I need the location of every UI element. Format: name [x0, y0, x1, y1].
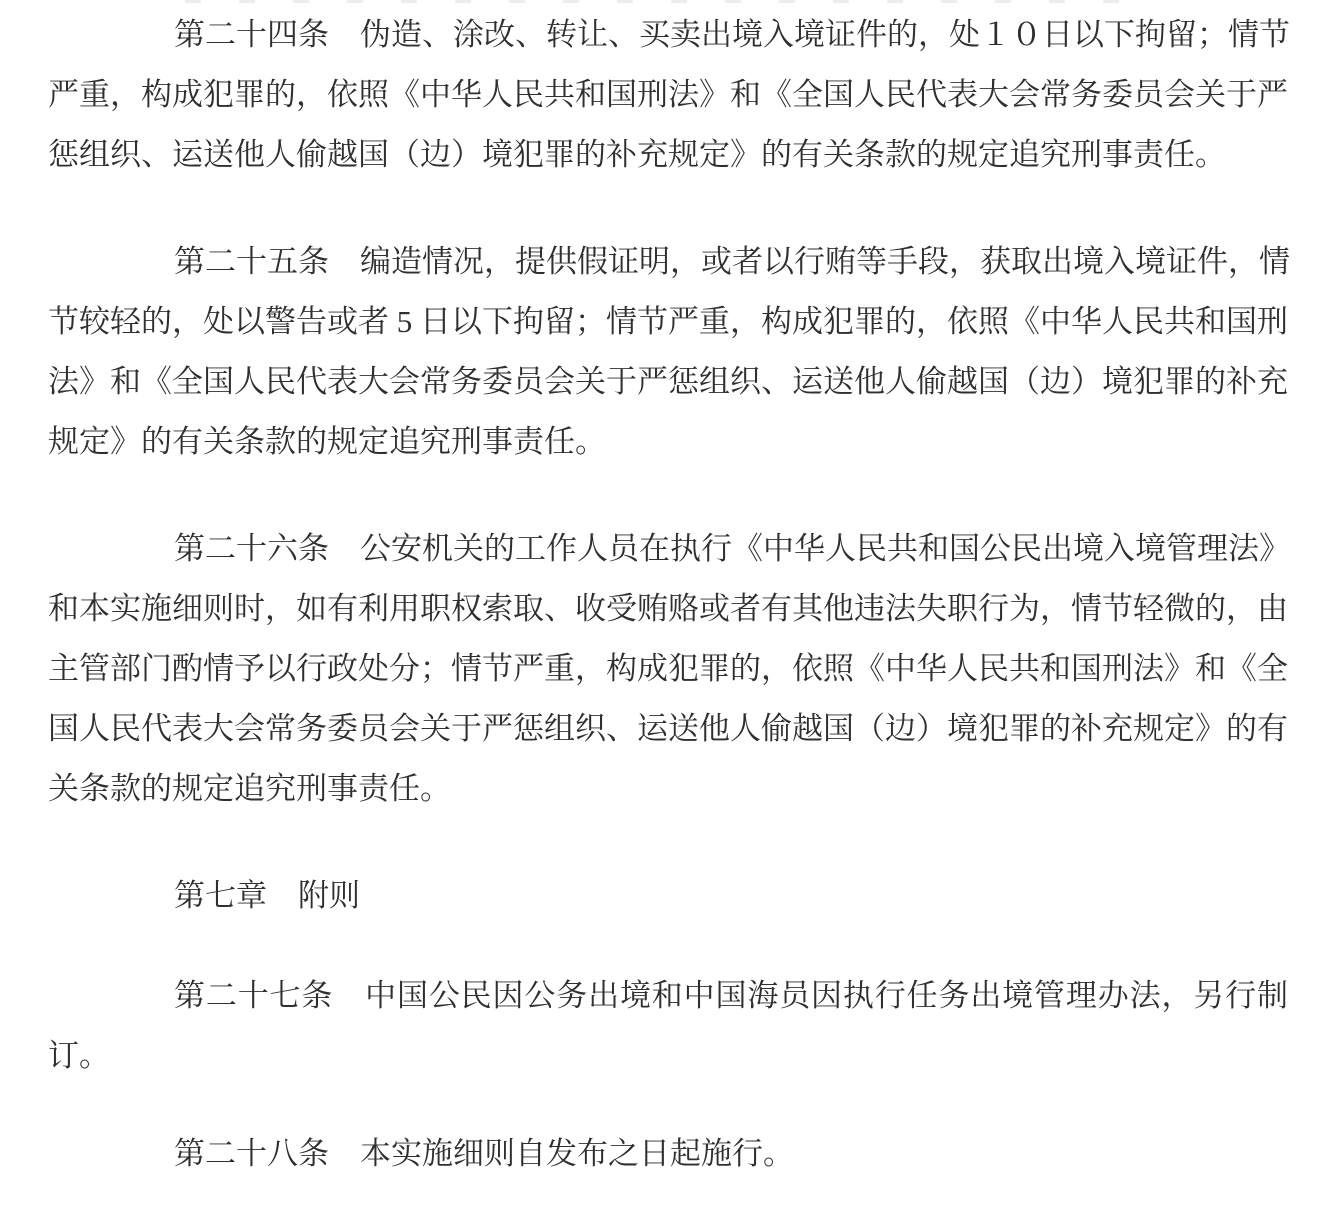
paragraph-article-25: 第二十五条 编造情况，提供假证明，或者以行贿等手段，获取出境入境证件，情节较轻的…	[48, 232, 1288, 472]
text-line: 国人民代表大会常务委员会关于严惩组织、运送他人偷越国（边）境犯罪的补充规定》的有	[48, 699, 1288, 759]
text-line: 法》和《全国人民代表大会常务委员会关于严惩组织、运送他人偷越国（边）境犯罪的补充	[48, 352, 1288, 412]
text-line: 第二十四条 伪造、涂改、转让、买卖出境入境证件的，处１０日以下拘留；情节	[48, 5, 1288, 65]
cropped-previous-line-remnant	[185, 0, 1140, 3]
document-body: 第二十四条 伪造、涂改、转让、买卖出境入境证件的，处１０日以下拘留；情节严重，构…	[48, 5, 1288, 1184]
paragraph-chapter-7-heading: 第七章 附则	[48, 866, 1288, 926]
text-line: 惩组织、运送他人偷越国（边）境犯罪的补充规定》的有关条款的规定追究刑事责任。	[48, 125, 1288, 185]
text-line: 主管部门酌情予以行政处分；情节严重，构成犯罪的，依照《中华人民共和国刑法》和《全	[48, 639, 1288, 699]
text-line: 节较轻的，处以警告或者 5 日以下拘留；情节严重，构成犯罪的，依照《中华人民共和…	[48, 292, 1288, 352]
text-line: 第二十八条 本实施细则自发布之日起施行。	[48, 1124, 1288, 1184]
paragraph-article-26: 第二十六条 公安机关的工作人员在执行《中华人民共和国公民出境入境管理法》和本实施…	[48, 519, 1288, 819]
paragraph-article-24: 第二十四条 伪造、涂改、转让、买卖出境入境证件的，处１０日以下拘留；情节严重，构…	[48, 5, 1288, 185]
text-line: 第二十七条 中国公民因公务出境和中国海员因执行任务出境管理办法，另行制	[48, 966, 1288, 1026]
text-line: 和本实施细则时，如有利用职权索取、收受贿赂或者有其他违法失职行为，情节轻微的，由	[48, 579, 1288, 639]
text-line: 订。	[48, 1026, 1288, 1086]
text-line: 规定》的有关条款的规定追究刑事责任。	[48, 412, 1288, 472]
text-line: 第二十五条 编造情况，提供假证明，或者以行贿等手段，获取出境入境证件，情	[48, 232, 1288, 292]
text-line: 第二十六条 公安机关的工作人员在执行《中华人民共和国公民出境入境管理法》	[48, 519, 1288, 579]
text-line: 关条款的规定追究刑事责任。	[48, 759, 1288, 819]
text-line: 第七章 附则	[48, 866, 1288, 926]
paragraph-article-28: 第二十八条 本实施细则自发布之日起施行。	[48, 1124, 1288, 1184]
document-page: 第二十四条 伪造、涂改、转让、买卖出境入境证件的，处１０日以下拘留；情节严重，构…	[0, 0, 1328, 1209]
paragraph-article-27: 第二十七条 中国公民因公务出境和中国海员因执行任务出境管理办法，另行制订。	[48, 966, 1288, 1086]
text-line: 严重，构成犯罪的，依照《中华人民共和国刑法》和《全国人民代表大会常务委员会关于严	[48, 65, 1288, 125]
